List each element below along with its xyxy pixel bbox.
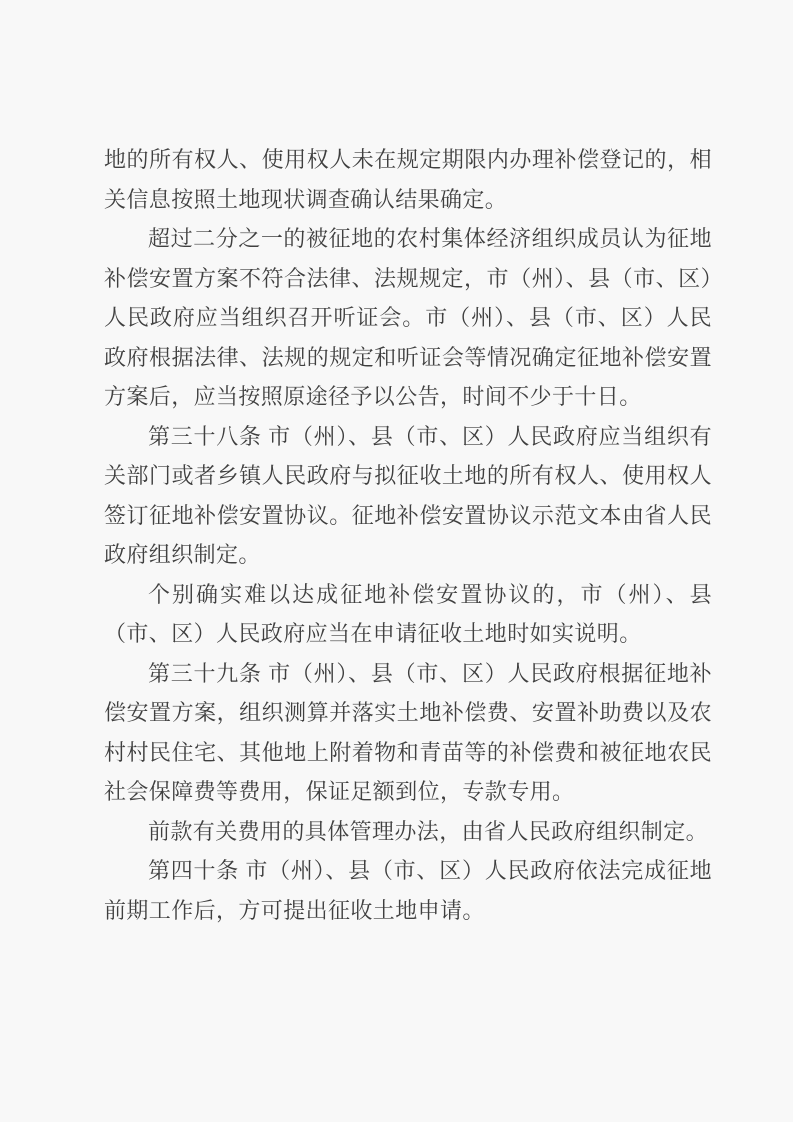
paragraph-continuation: 地的所有权人、使用权人未在规定期限内办理补偿登记的，相关信息按照土地现状调查确认… <box>104 140 712 219</box>
paragraph-article-39-clause-2: 前款有关费用的具体管理办法，由省人民政府组织制定。 <box>104 812 712 852</box>
paragraph-article-38-clause-2: 个别确实难以达成征地补偿安置协议的，市（州）、县（市、区）人民政府应当在申请征收… <box>104 575 712 654</box>
paragraph-article-40: 第四十条 市（州）、县（市、区）人民政府依法完成征地前期工作后，方可提出征收土地… <box>104 851 712 930</box>
paragraph-article-39: 第三十九条 市（州）、县（市、区）人民政府根据征地补偿安置方案，组织测算并落实土… <box>104 654 712 812</box>
paragraph-article-38: 第三十八条 市（州）、县（市、区）人民政府应当组织有关部门或者乡镇人民政府与拟征… <box>104 417 712 575</box>
document-page: 地的所有权人、使用权人未在规定期限内办理补偿登记的，相关信息按照土地现状调查确认… <box>0 0 793 1122</box>
paragraph-hearing-provision: 超过二分之一的被征地的农村集体经济组织成员认为征地补偿安置方案不符合法律、法规规… <box>104 219 712 417</box>
